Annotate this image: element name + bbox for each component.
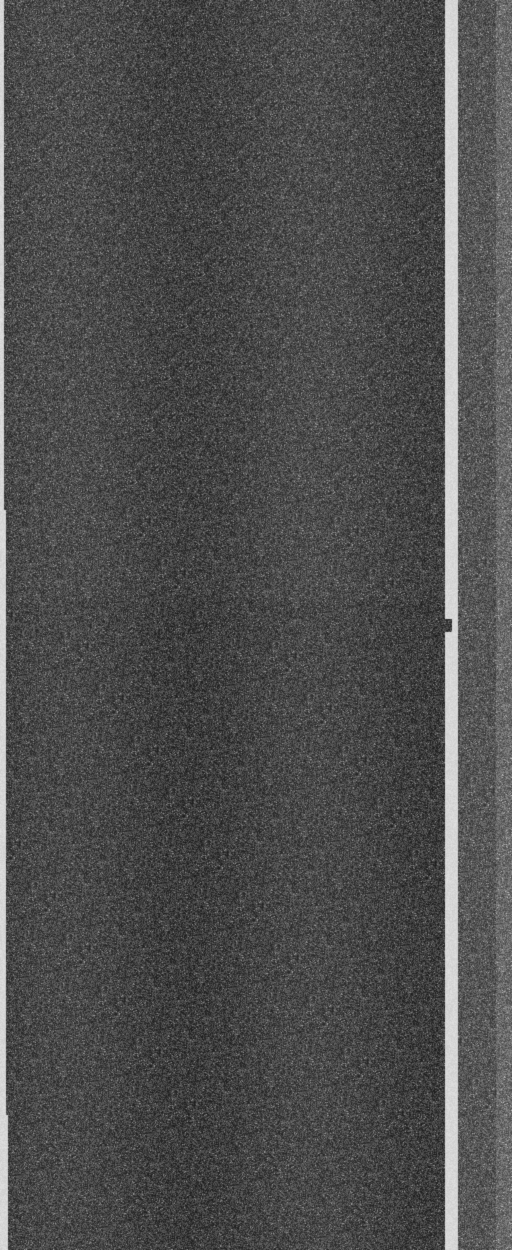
asphalt-texture <box>0 0 512 1250</box>
road-aerial-image <box>0 0 512 1250</box>
